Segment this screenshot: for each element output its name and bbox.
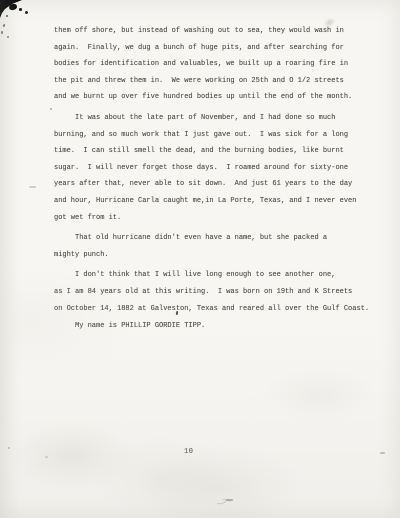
text-line: mighty punch.	[54, 247, 369, 264]
paragraph-no-name-hurricane: That old hurricane didn't even have a na…	[54, 230, 369, 263]
ink-speck-artifact	[45, 456, 48, 458]
text-line: I don't think that I will live long enou…	[54, 267, 369, 284]
text-line: burning, and so much work that I just ga…	[54, 127, 369, 144]
text-line: It was about the late part of November, …	[54, 110, 369, 127]
text-line: sugar. I will never forget those days. I…	[54, 160, 369, 177]
pencil-scribble-artifact	[212, 492, 238, 508]
edge-dash-artifact	[380, 452, 385, 454]
paragraph-november-burning: It was about the late part of November, …	[54, 110, 369, 226]
page-number: 10	[184, 447, 194, 457]
ink-speck-artifact	[1, 31, 3, 34]
ink-speck-artifact	[8, 447, 10, 449]
ink-dot-artifact	[25, 11, 28, 14]
text-line: as I am 84 years old at this writing. I …	[54, 284, 369, 301]
ink-dot-artifact	[19, 8, 22, 11]
text-line: got wet from it.	[54, 210, 369, 227]
typewritten-text-block: them off shore, but instead of washing o…	[54, 23, 369, 335]
ink-speck-artifact	[3, 24, 6, 28]
scribble-dash	[226, 499, 233, 501]
ink-blot-artifact	[8, 3, 17, 11]
text-line: That old hurricane didn't even have a na…	[54, 230, 369, 247]
margin-dot-artifact	[50, 108, 52, 110]
text-line: bodies for identification and valuables,…	[54, 56, 369, 73]
ink-dot-artifact	[6, 15, 8, 17]
paragraph-signature: My name is PHILLIP GORDIE TIPP.	[54, 318, 369, 335]
text-line: years after that, never able to sit down…	[54, 176, 369, 193]
text-line: and we burnt up over five hundred bodies…	[54, 89, 369, 106]
text-line: the pit and threw them in. We were worki…	[54, 73, 369, 90]
paragraph-age-and-birth: I don't think that I will live long enou…	[54, 267, 369, 317]
text-line: again. Finally, we dug a bunch of huge p…	[54, 40, 369, 57]
ink-speck-artifact	[7, 36, 9, 38]
text-line: My name is PHILLIP GORDIE TIPP.	[54, 318, 369, 335]
text-line: time. I can still smell the dead, and th…	[54, 143, 369, 160]
text-line: them off shore, but instead of washing o…	[54, 23, 369, 40]
margin-dash-artifact	[29, 186, 36, 188]
paragraph-continuation: them off shore, but instead of washing o…	[54, 23, 369, 106]
text-line: and hour, Hurricane Carla caught me,in L…	[54, 193, 369, 210]
text-line: on October 14, 1882 at Galveston, Texas …	[54, 301, 369, 318]
scanned-document-page: them off shore, but instead of washing o…	[0, 0, 400, 518]
